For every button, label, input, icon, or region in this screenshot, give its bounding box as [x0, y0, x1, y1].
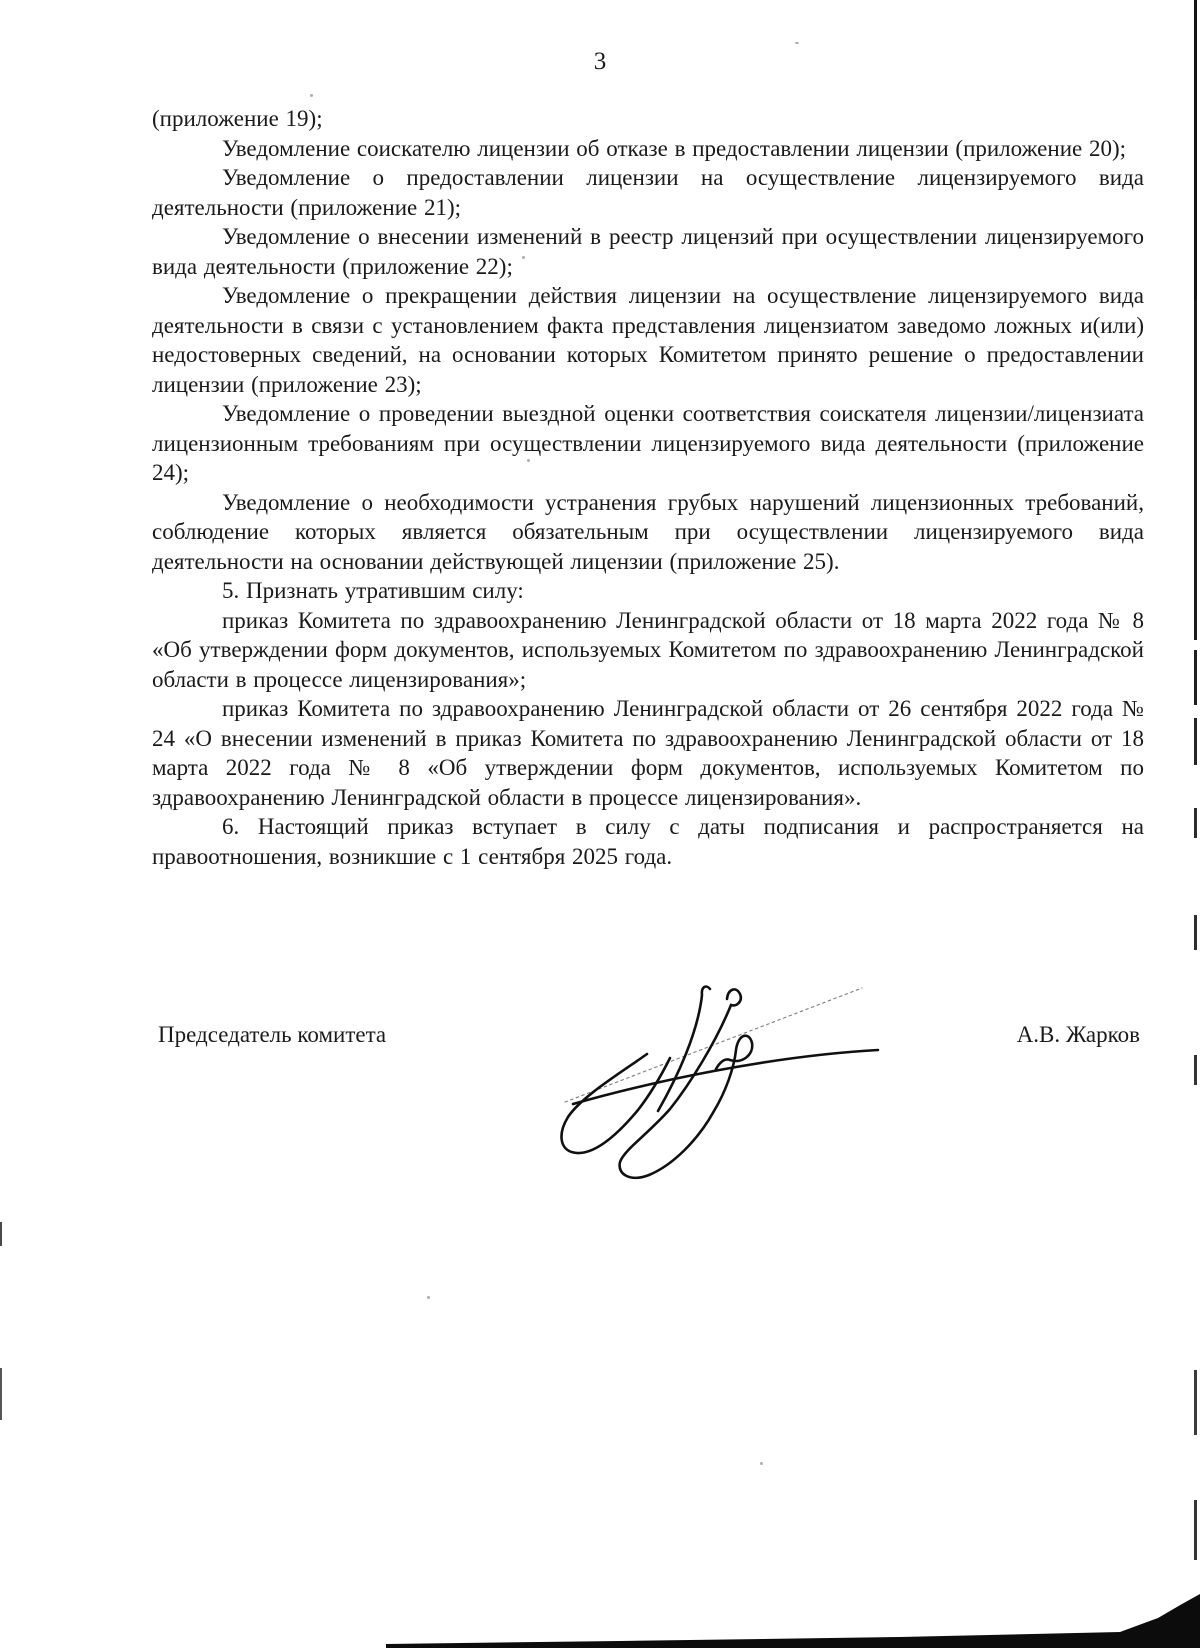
- scan-speck: [310, 94, 313, 97]
- left-edge-scan-mark: [0, 1222, 2, 1246]
- left-edge-scan-mark: [0, 1368, 2, 1420]
- page-number: 3: [0, 48, 1200, 76]
- signatory-name: А.В. Жарков: [1017, 1020, 1140, 1049]
- document-paragraph: Уведомление о прекращении действия лицен…: [152, 281, 1144, 399]
- bottom-edge-scan-bar: [0, 1592, 1200, 1648]
- document-paragraph: Уведомление о внесении изменений в реест…: [152, 222, 1144, 281]
- scan-speck: [427, 1296, 430, 1299]
- document-paragraph: приказ Комитета по здравоохранению Ленин…: [152, 694, 1144, 812]
- right-edge-scan-line: [1194, 0, 1197, 1600]
- bottom-scan-shape: [386, 1594, 1200, 1648]
- signature-ink: [530, 952, 890, 1200]
- document-paragraph: Уведомление о предоставлении лицензии на…: [152, 163, 1144, 222]
- document-paragraph: Уведомление о проведении выездной оценки…: [152, 399, 1144, 488]
- document-paragraph: приказ Комитета по здравоохранению Ленин…: [152, 606, 1144, 695]
- document-paragraph: (приложение 19);: [152, 104, 1144, 134]
- document-paragraph: 6. Настоящий приказ вступает в силу с да…: [152, 812, 1144, 871]
- scan-speck: [795, 42, 799, 44]
- document-page: 3 (приложение 19);Уведомление соискателю…: [0, 0, 1200, 1648]
- scan-speck: [760, 1462, 763, 1465]
- document-body: (приложение 19);Уведомление соискателю л…: [152, 104, 1144, 871]
- signature-diagonal-stroke: [573, 1050, 878, 1104]
- scan-speck: [527, 459, 530, 462]
- signature-position-label: Председатель комитета: [158, 1020, 386, 1049]
- signature-faint-stroke: [565, 988, 862, 1102]
- signature-main-flourish: [620, 989, 753, 1177]
- document-paragraph: 5. Признать утратившим силу:: [152, 576, 1144, 606]
- scan-speck: [522, 256, 525, 259]
- document-paragraph: Уведомление о необходимости устранения г…: [152, 488, 1144, 577]
- document-paragraph: Уведомление соискателю лицензии об отказ…: [152, 134, 1144, 164]
